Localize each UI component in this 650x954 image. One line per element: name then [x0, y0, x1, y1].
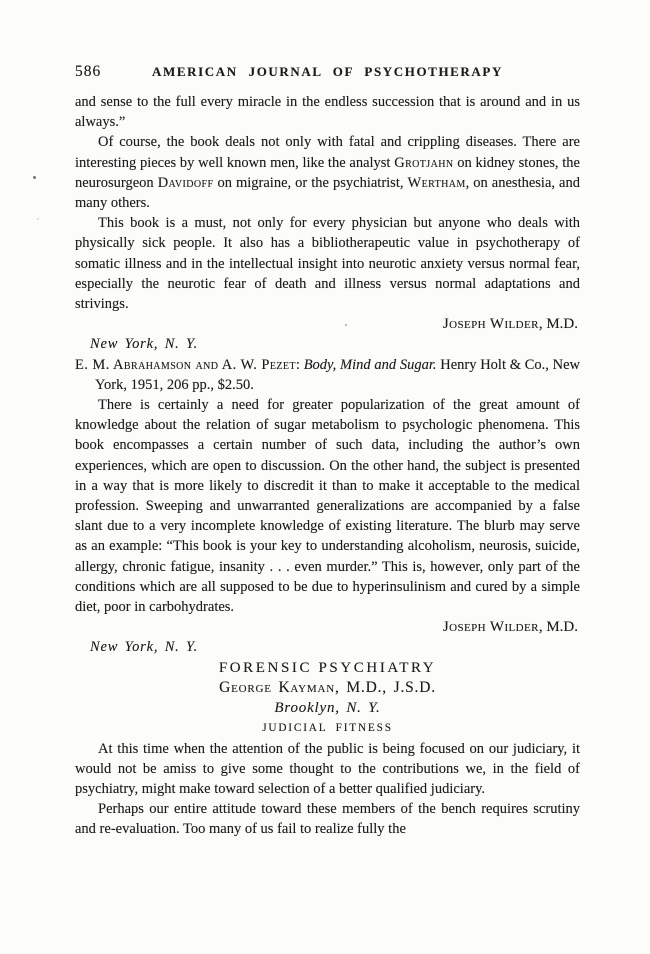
page-header: 586 AMERICAN JOURNAL OF PSYCHOTHERAPY [75, 63, 580, 81]
journal-running-title: AMERICAN JOURNAL OF PSYCHOTHERAPY [75, 63, 580, 80]
paragraph-review-continuation: and sense to the full every miracle in t… [75, 92, 580, 132]
text-segment: E. M. Abrahamson and A. W. Pezet [75, 357, 296, 373]
paragraph-perhaps: Perhaps our entire attitude toward these… [75, 799, 580, 839]
journal-page: 586 AMERICAN JOURNAL OF PSYCHOTHERAPY an… [0, 0, 650, 954]
text-column: and sense to the full every miracle in t… [75, 92, 580, 840]
page-number: 586 [75, 63, 101, 81]
reviewer-location: New York, N. Y. [75, 334, 580, 354]
scan-speck [345, 324, 347, 326]
scan-speck [37, 218, 39, 220]
paragraph-at-this-time: At this time when the attention of the p… [75, 739, 580, 800]
text-segment: : [296, 357, 304, 373]
text-segment: Joseph Wilder [443, 619, 539, 635]
text-segment: Davidoff [158, 175, 214, 191]
text-segment: This book is a must, not only for every … [75, 215, 580, 312]
reviewer-location-2: New York, N. Y. [75, 637, 580, 657]
book-citation: E. M. Abrahamson and A. W. Pezet: Body, … [75, 355, 580, 395]
text-segment: and sense to the full every miracle in t… [75, 94, 580, 130]
paragraph-sugar-review: There is certainly a need for greater po… [75, 395, 580, 617]
paragraph-this-book: This book is a must, not only for every … [75, 213, 580, 314]
text-segment: At this time when the attention of the p… [75, 741, 580, 797]
text-segment: Perhaps our entire attitude toward these… [75, 801, 580, 837]
article-title: FORENSIC PSYCHIATRY [75, 658, 580, 678]
article-author: George Kayman, M.D., J.S.D. [75, 678, 580, 698]
paragraph-of-course: Of course, the book deals not only with … [75, 132, 580, 213]
text-segment: , M.D. [539, 619, 578, 635]
text-segment: Body, Mind and Sugar. [304, 357, 437, 373]
text-segment: Joseph Wilder [443, 316, 539, 332]
reviewer-signature: Joseph Wilder, M.D. [75, 314, 580, 334]
reviewer-signature-2: Joseph Wilder, M.D. [75, 617, 580, 637]
text-segment: , M.D. [539, 316, 578, 332]
section-heading: JUDICIAL FITNESS [75, 718, 580, 738]
text-segment: on migraine, or the psychiatrist, [213, 175, 407, 191]
scan-speck [33, 176, 36, 179]
text-segment: There is certainly a need for greater po… [75, 397, 580, 615]
article-author-location: Brooklyn, N. Y. [75, 698, 580, 718]
text-segment: Wertham [408, 175, 466, 191]
text-segment: Grotjahn [394, 155, 453, 171]
